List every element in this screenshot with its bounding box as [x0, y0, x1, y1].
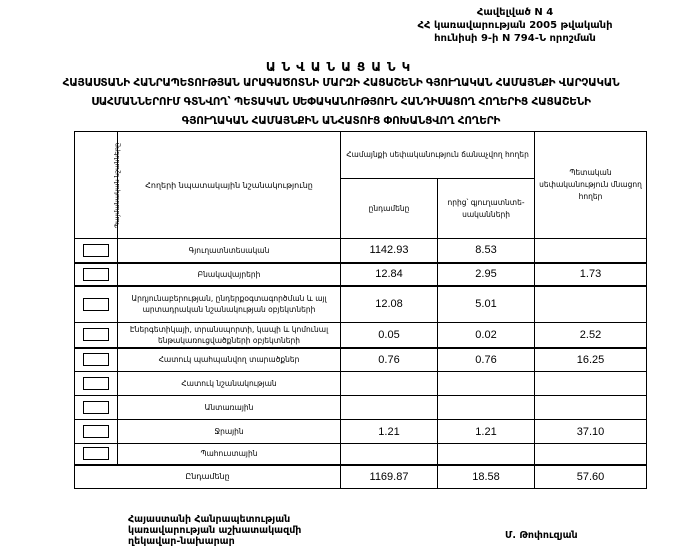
- state-cell: 37.10: [535, 420, 647, 444]
- total-subheader: ընդամենը: [341, 179, 438, 239]
- legend-header: Պայմանական նշանները: [75, 132, 118, 239]
- total-cell: [341, 444, 438, 465]
- total-cell: [341, 396, 438, 420]
- state-cell: 2.52: [535, 323, 647, 348]
- state-cell: 1.73: [535, 263, 647, 286]
- totals-agri: 18.58: [438, 465, 535, 489]
- state-cell: [535, 372, 647, 396]
- land-purpose-cell: Հատուկ պահպանվող տարածքներ: [118, 348, 341, 372]
- title-line-2: ՍԱՀՄԱՆՆԵՐՈՒՄ ԳՏՆՎՈՂ՝ ՊԵՏԱԿԱՆ ՍԵՓԱԿԱՆՈՒԹՅ…: [0, 93, 682, 112]
- legend-header-text: Պայմանական նշանները: [113, 143, 122, 228]
- legend-swatch-icon: [83, 353, 109, 366]
- land-purpose-cell: Հատուկ նշանակության: [118, 372, 341, 396]
- legend-cell: [75, 286, 118, 323]
- land-purpose-cell: Գյուղատնտեսական: [118, 239, 341, 263]
- agri-cell: 8.53: [438, 239, 535, 263]
- agri-cell: [438, 396, 535, 420]
- signatory-title: Հայաստանի Հանրապետության կառավարության ա…: [128, 514, 301, 547]
- total-cell: 0.76: [341, 348, 438, 372]
- agri-cell: [438, 444, 535, 465]
- legend-swatch-icon: [83, 401, 109, 414]
- agri-cell: 1.21: [438, 420, 535, 444]
- legend-swatch-icon: [83, 447, 109, 460]
- land-purpose-cell: Անտառային: [118, 396, 341, 420]
- legend-swatch-icon: [83, 298, 109, 311]
- land-table: Պայմանական նշանները Հողերի նպատակային նշ…: [74, 131, 647, 489]
- legend-cell: [75, 420, 118, 444]
- annex-number: Հավելված N 4: [395, 6, 635, 19]
- state-cell: [535, 286, 647, 323]
- agri-cell: 0.76: [438, 348, 535, 372]
- total-cell: [341, 372, 438, 396]
- land-purpose-header: Հողերի նպատակային նշանակությունը: [118, 132, 341, 239]
- table-row: Հատուկ պահպանվող տարածքներ0.760.7616.25: [75, 348, 647, 372]
- document-title: ԱՆՎԱՆԱՑԱՆԿ ՀԱՅԱՍՏԱՆԻ ՀԱՆՐԱՊԵՏՈՒԹՅԱՆ ԱՐԱԳ…: [0, 60, 682, 131]
- annex-reference: Հավելված N 4 ՀՀ կառավարության 2005 թվակա…: [395, 6, 635, 45]
- land-purpose-cell: Պահուստային: [118, 444, 341, 465]
- agri-subheader: որից՝ գյուղատնտե-սականների: [438, 179, 535, 239]
- legend-cell: [75, 323, 118, 348]
- agri-cell: [438, 372, 535, 396]
- table-row: Անտառային: [75, 396, 647, 420]
- total-cell: 1.21: [341, 420, 438, 444]
- state-cell: [535, 396, 647, 420]
- signatory-line-3: ղեկավար-նախարար: [128, 536, 301, 547]
- totals-total: 1169.87: [341, 465, 438, 489]
- state-cell: [535, 239, 647, 263]
- totals-label: Ընդամենը: [75, 465, 341, 489]
- land-purpose-cell: Արդյունաբերության, ընդերքօգտագործման և ա…: [118, 286, 341, 323]
- table-row: Հատուկ նշանակության: [75, 372, 647, 396]
- agri-cell: 2.95: [438, 263, 535, 286]
- title-main: ԱՆՎԱՆԱՑԱՆԿ: [0, 60, 682, 74]
- legend-cell: [75, 348, 118, 372]
- legend-swatch-icon: [83, 328, 109, 341]
- annex-date: հունիսի 9-ի N 794-Ն որոշման: [395, 32, 635, 45]
- totals-row: Ընդամենը1169.8718.5857.60: [75, 465, 647, 489]
- total-cell: 12.08: [341, 286, 438, 323]
- agri-cell: 0.02: [438, 323, 535, 348]
- total-cell: 12.84: [341, 263, 438, 286]
- legend-cell: [75, 444, 118, 465]
- title-line-3: ԳՅՈՒՂԱԿԱՆ ՀԱՄԱՅՆՔԻՆ ԱՆՀԱՏՈՒՑ ՓՈԽԱՆՑՎՈՂ Հ…: [0, 112, 682, 131]
- table-row: Գյուղատնտեսական1142.938.53: [75, 239, 647, 263]
- total-cell: 1142.93: [341, 239, 438, 263]
- table-row: Արդյունաբերության, ընդերքօգտագործման և ա…: [75, 286, 647, 323]
- totals-state: 57.60: [535, 465, 647, 489]
- title-line-1: ՀԱՅԱՍՏԱՆԻ ՀԱՆՐԱՊԵՏՈՒԹՅԱՆ ԱՐԱԳԱԾՈՏՆԻ ՄԱՐԶ…: [0, 74, 682, 93]
- state-cell: 16.25: [535, 348, 647, 372]
- signatory-line-2: կառավարության աշխատակազմի: [128, 525, 301, 536]
- table-row: Ջրային1.211.2137.10: [75, 420, 647, 444]
- legend-cell: [75, 372, 118, 396]
- community-land-header: Համայնքի սեփականություն ճանաչվող հողեր: [341, 132, 535, 179]
- land-purpose-cell: Էներգետիկայի, տրանսպորտի, կապի և կոմունա…: [118, 323, 341, 348]
- agri-cell: 5.01: [438, 286, 535, 323]
- annex-decree: ՀՀ կառավարության 2005 թվականի: [395, 19, 635, 32]
- land-purpose-cell: Բնակավայրերի: [118, 263, 341, 286]
- land-purpose-cell: Ջրային: [118, 420, 341, 444]
- signatory-name: Մ. Թոփուզյան: [505, 530, 578, 541]
- legend-cell: [75, 396, 118, 420]
- legend-swatch-icon: [83, 268, 109, 281]
- legend-swatch-icon: [83, 244, 109, 257]
- legend-cell: [75, 263, 118, 286]
- table-row: Պահուստային: [75, 444, 647, 465]
- total-cell: 0.05: [341, 323, 438, 348]
- legend-cell: [75, 239, 118, 263]
- signatory-line-1: Հայաստանի Հանրապետության: [128, 514, 301, 525]
- state-cell: [535, 444, 647, 465]
- table-row: Բնակավայրերի12.842.951.73: [75, 263, 647, 286]
- state-land-header: Պետական սեփականություն մնացող հողեր: [535, 132, 647, 239]
- legend-swatch-icon: [83, 425, 109, 438]
- table-row: Էներգետիկայի, տրանսպորտի, կապի և կոմունա…: [75, 323, 647, 348]
- legend-swatch-icon: [83, 377, 109, 390]
